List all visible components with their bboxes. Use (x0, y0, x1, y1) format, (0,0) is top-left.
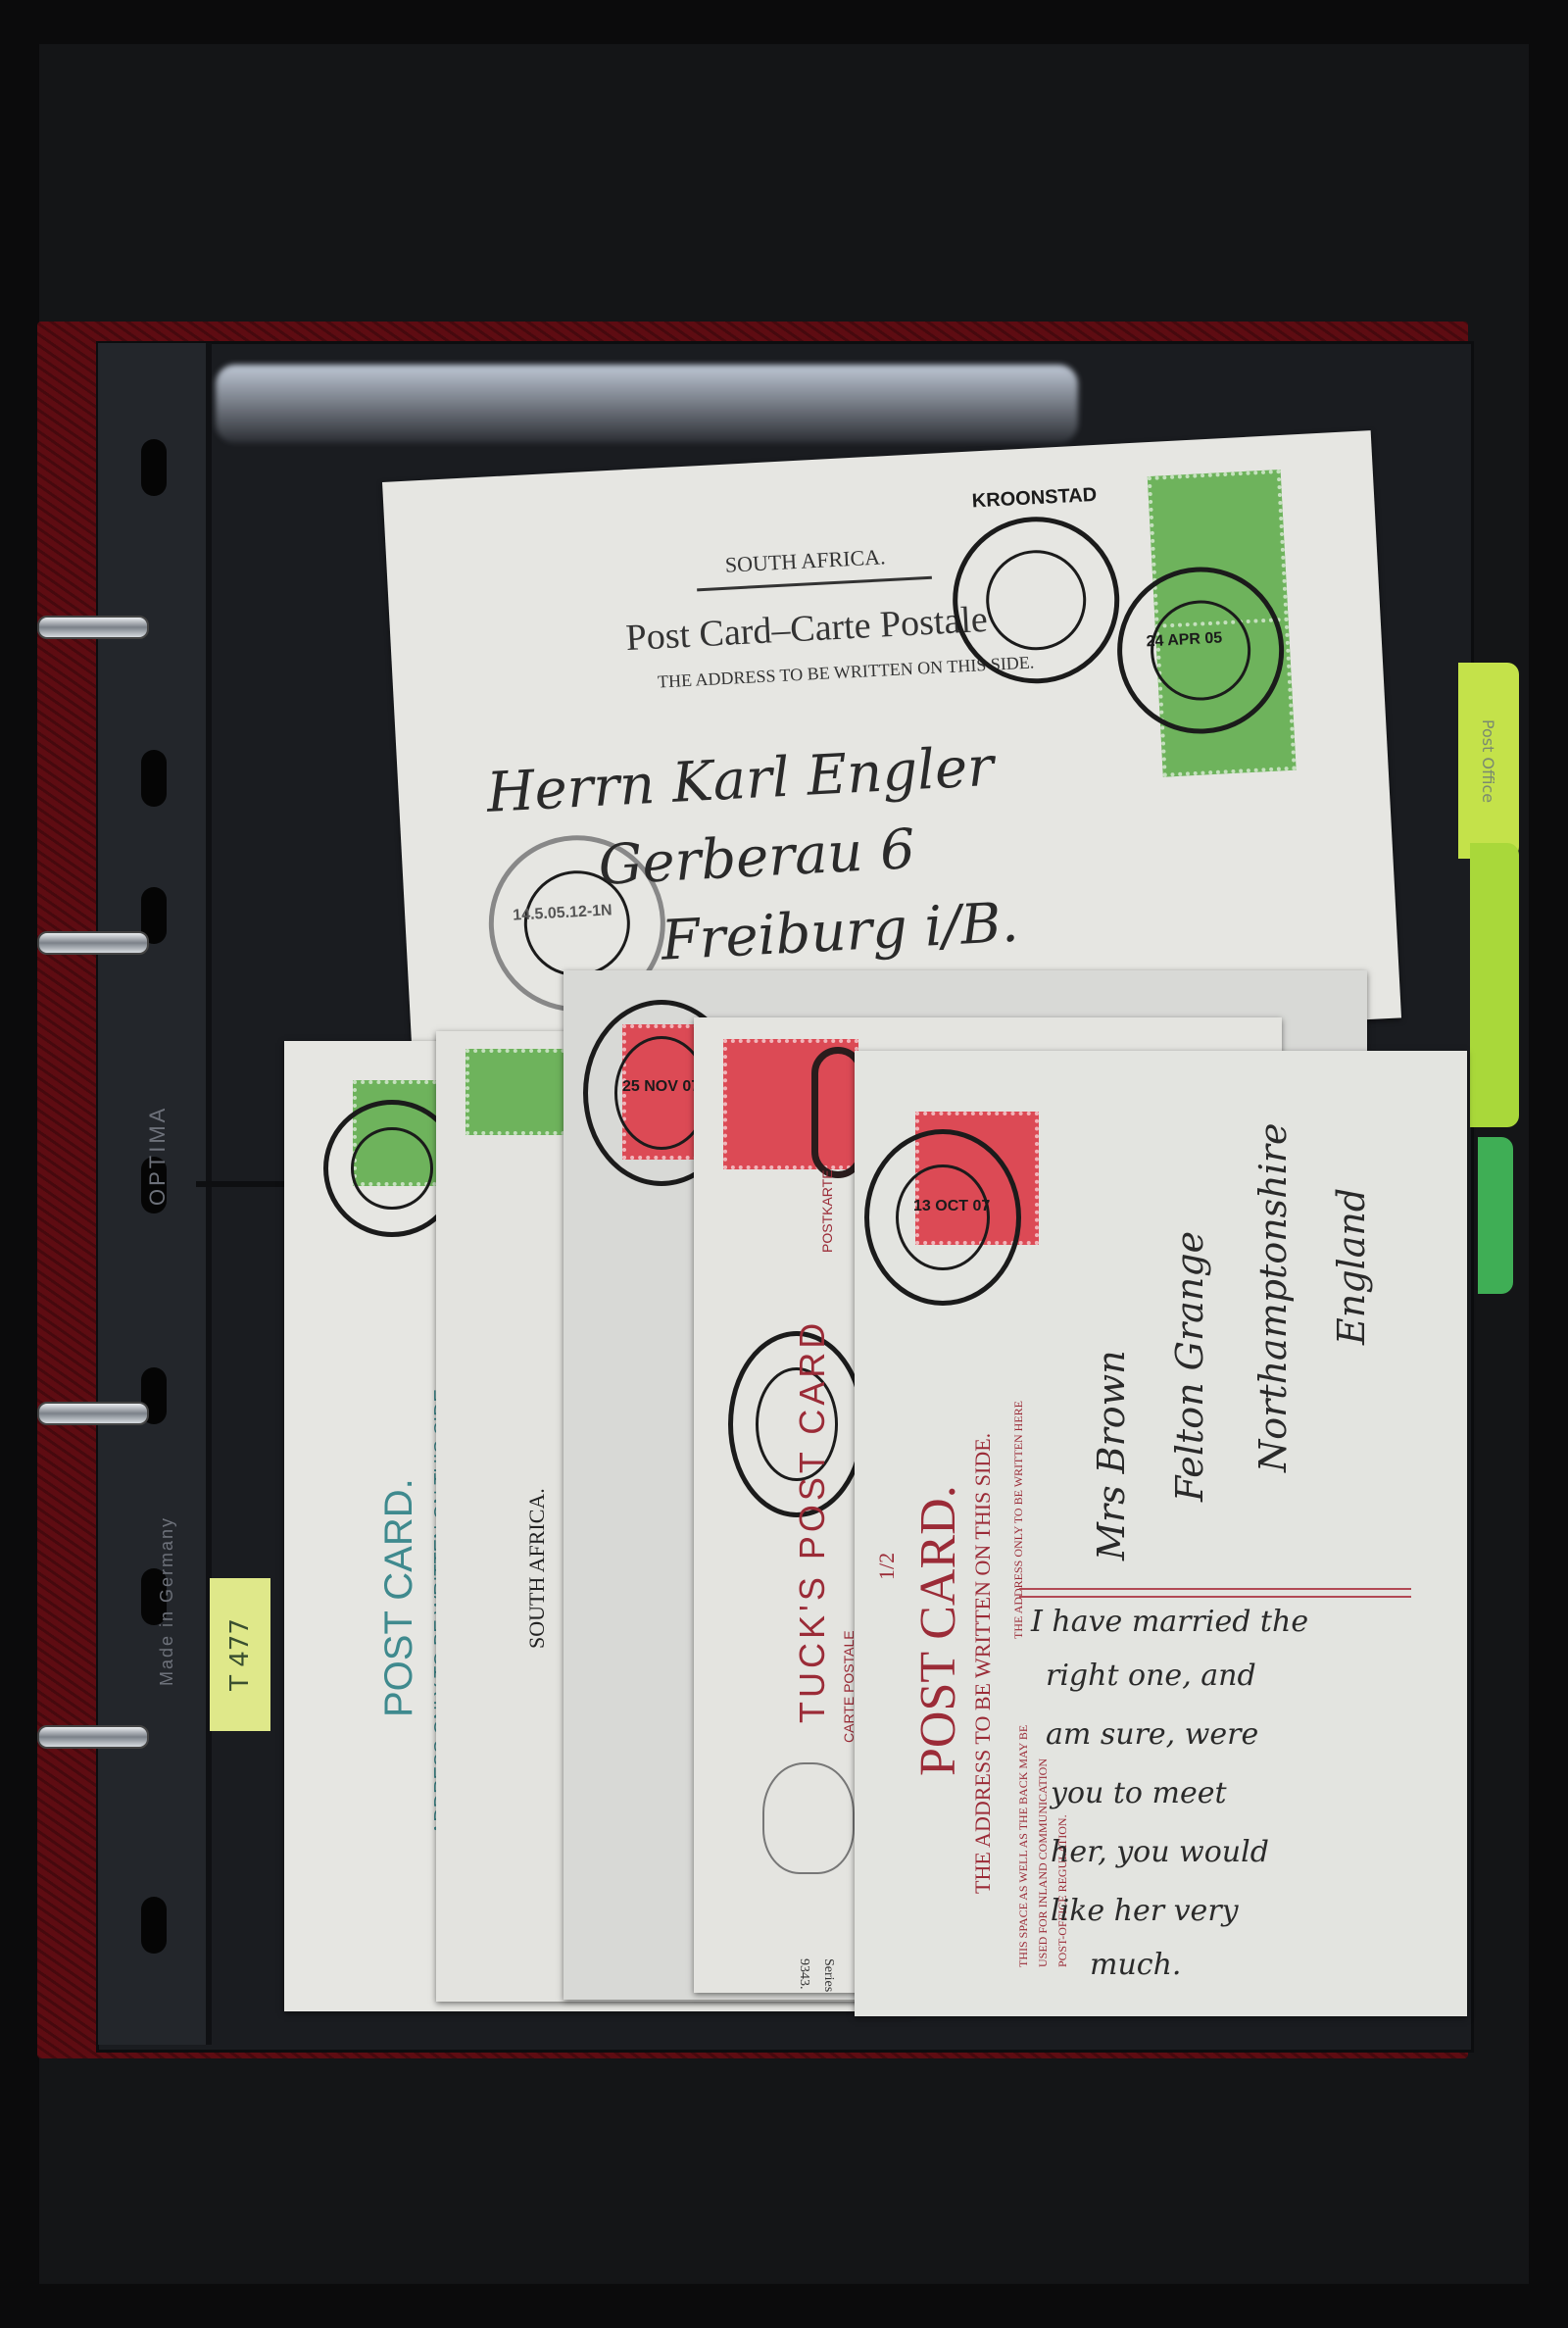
sleeve-glare (216, 365, 1078, 443)
index-tab-3[interactable] (1478, 1137, 1513, 1294)
small-note: THE ADDRESS ONLY TO BE WRITTEN HERE (1011, 1401, 1026, 1639)
address-line: Felton Grange (1168, 1231, 1211, 1502)
message-line: much. (1090, 1948, 1181, 1982)
binder-brand: OPTIMA (145, 1106, 171, 1206)
address-line: Mrs Brown (1090, 1350, 1133, 1560)
card-title: POST CARD. (909, 1485, 967, 1776)
series-label: Series III. (820, 1958, 836, 1993)
postmark-date: 13 OCT 07 (913, 1198, 990, 1215)
binder-made-in: Made in Germany (157, 1516, 177, 1686)
punch-hole (141, 750, 167, 807)
binder-ring (37, 616, 149, 639)
series-number: 9343. (796, 1958, 811, 1990)
message-line: her, you would (1051, 1835, 1269, 1869)
message-line: am sure, were (1046, 1717, 1258, 1752)
card-instruction: THE ADDRESS TO BE WRITTEN ON THIS SIDE. (970, 1433, 996, 1894)
divider-line (1019, 1588, 1411, 1598)
tucks-title: TUCK'S POST CARD (792, 1319, 833, 1723)
punch-hole (141, 439, 167, 496)
card-fraction: 1/2 (874, 1553, 900, 1580)
postcard-front: 13 OCT 07 1/2 POST CARD. THE ADDRESS TO … (855, 1051, 1467, 2016)
postmark-kroonstad (864, 1129, 1021, 1306)
message-line: right one, and (1046, 1659, 1256, 1693)
address-line: England (1330, 1188, 1373, 1345)
binder-ring (37, 931, 149, 955)
card-title: Post Card–Carte Postale (625, 598, 989, 660)
lot-sticker: T 477 (210, 1578, 270, 1731)
address-line: Herrn Karl Engler (485, 735, 995, 825)
message-line: like her very (1051, 1894, 1239, 1928)
message-line: you to meet (1051, 1776, 1227, 1810)
tucks-subtitle: POSTKARTE (819, 1169, 835, 1253)
regulation-line: USED FOR INLAND COMMUNICATION (1036, 1758, 1051, 1967)
postmark-date: 25 NOV 07 (622, 1078, 700, 1096)
postmark-town: KROONSTAD (971, 484, 1097, 514)
address-line: Freiburg i/B. (660, 891, 1020, 973)
punch-hole (141, 1897, 167, 1954)
index-tab-1[interactable]: Post Office (1458, 663, 1519, 859)
address-line: Gerberau 6 (597, 817, 916, 898)
binder-ring (37, 1725, 149, 1749)
country-heading: SOUTH AFRICA. (724, 544, 886, 578)
address-line: Northamptonshire (1251, 1123, 1295, 1472)
regulation-line: THIS SPACE AS WELL AS THE BACK MAY BE (1016, 1725, 1031, 1967)
lot-sticker-label: T 477 (225, 1618, 255, 1691)
card-title: POST CARD. (377, 1478, 421, 1717)
coat-of-arms-icon (762, 1762, 855, 1874)
message-line: I have married the (1031, 1605, 1308, 1639)
country-underline (697, 576, 932, 592)
index-tab-2[interactable] (1470, 843, 1519, 1127)
binder-ring (37, 1402, 149, 1425)
country-heading: SOUTH AFRICA. (524, 1488, 550, 1649)
